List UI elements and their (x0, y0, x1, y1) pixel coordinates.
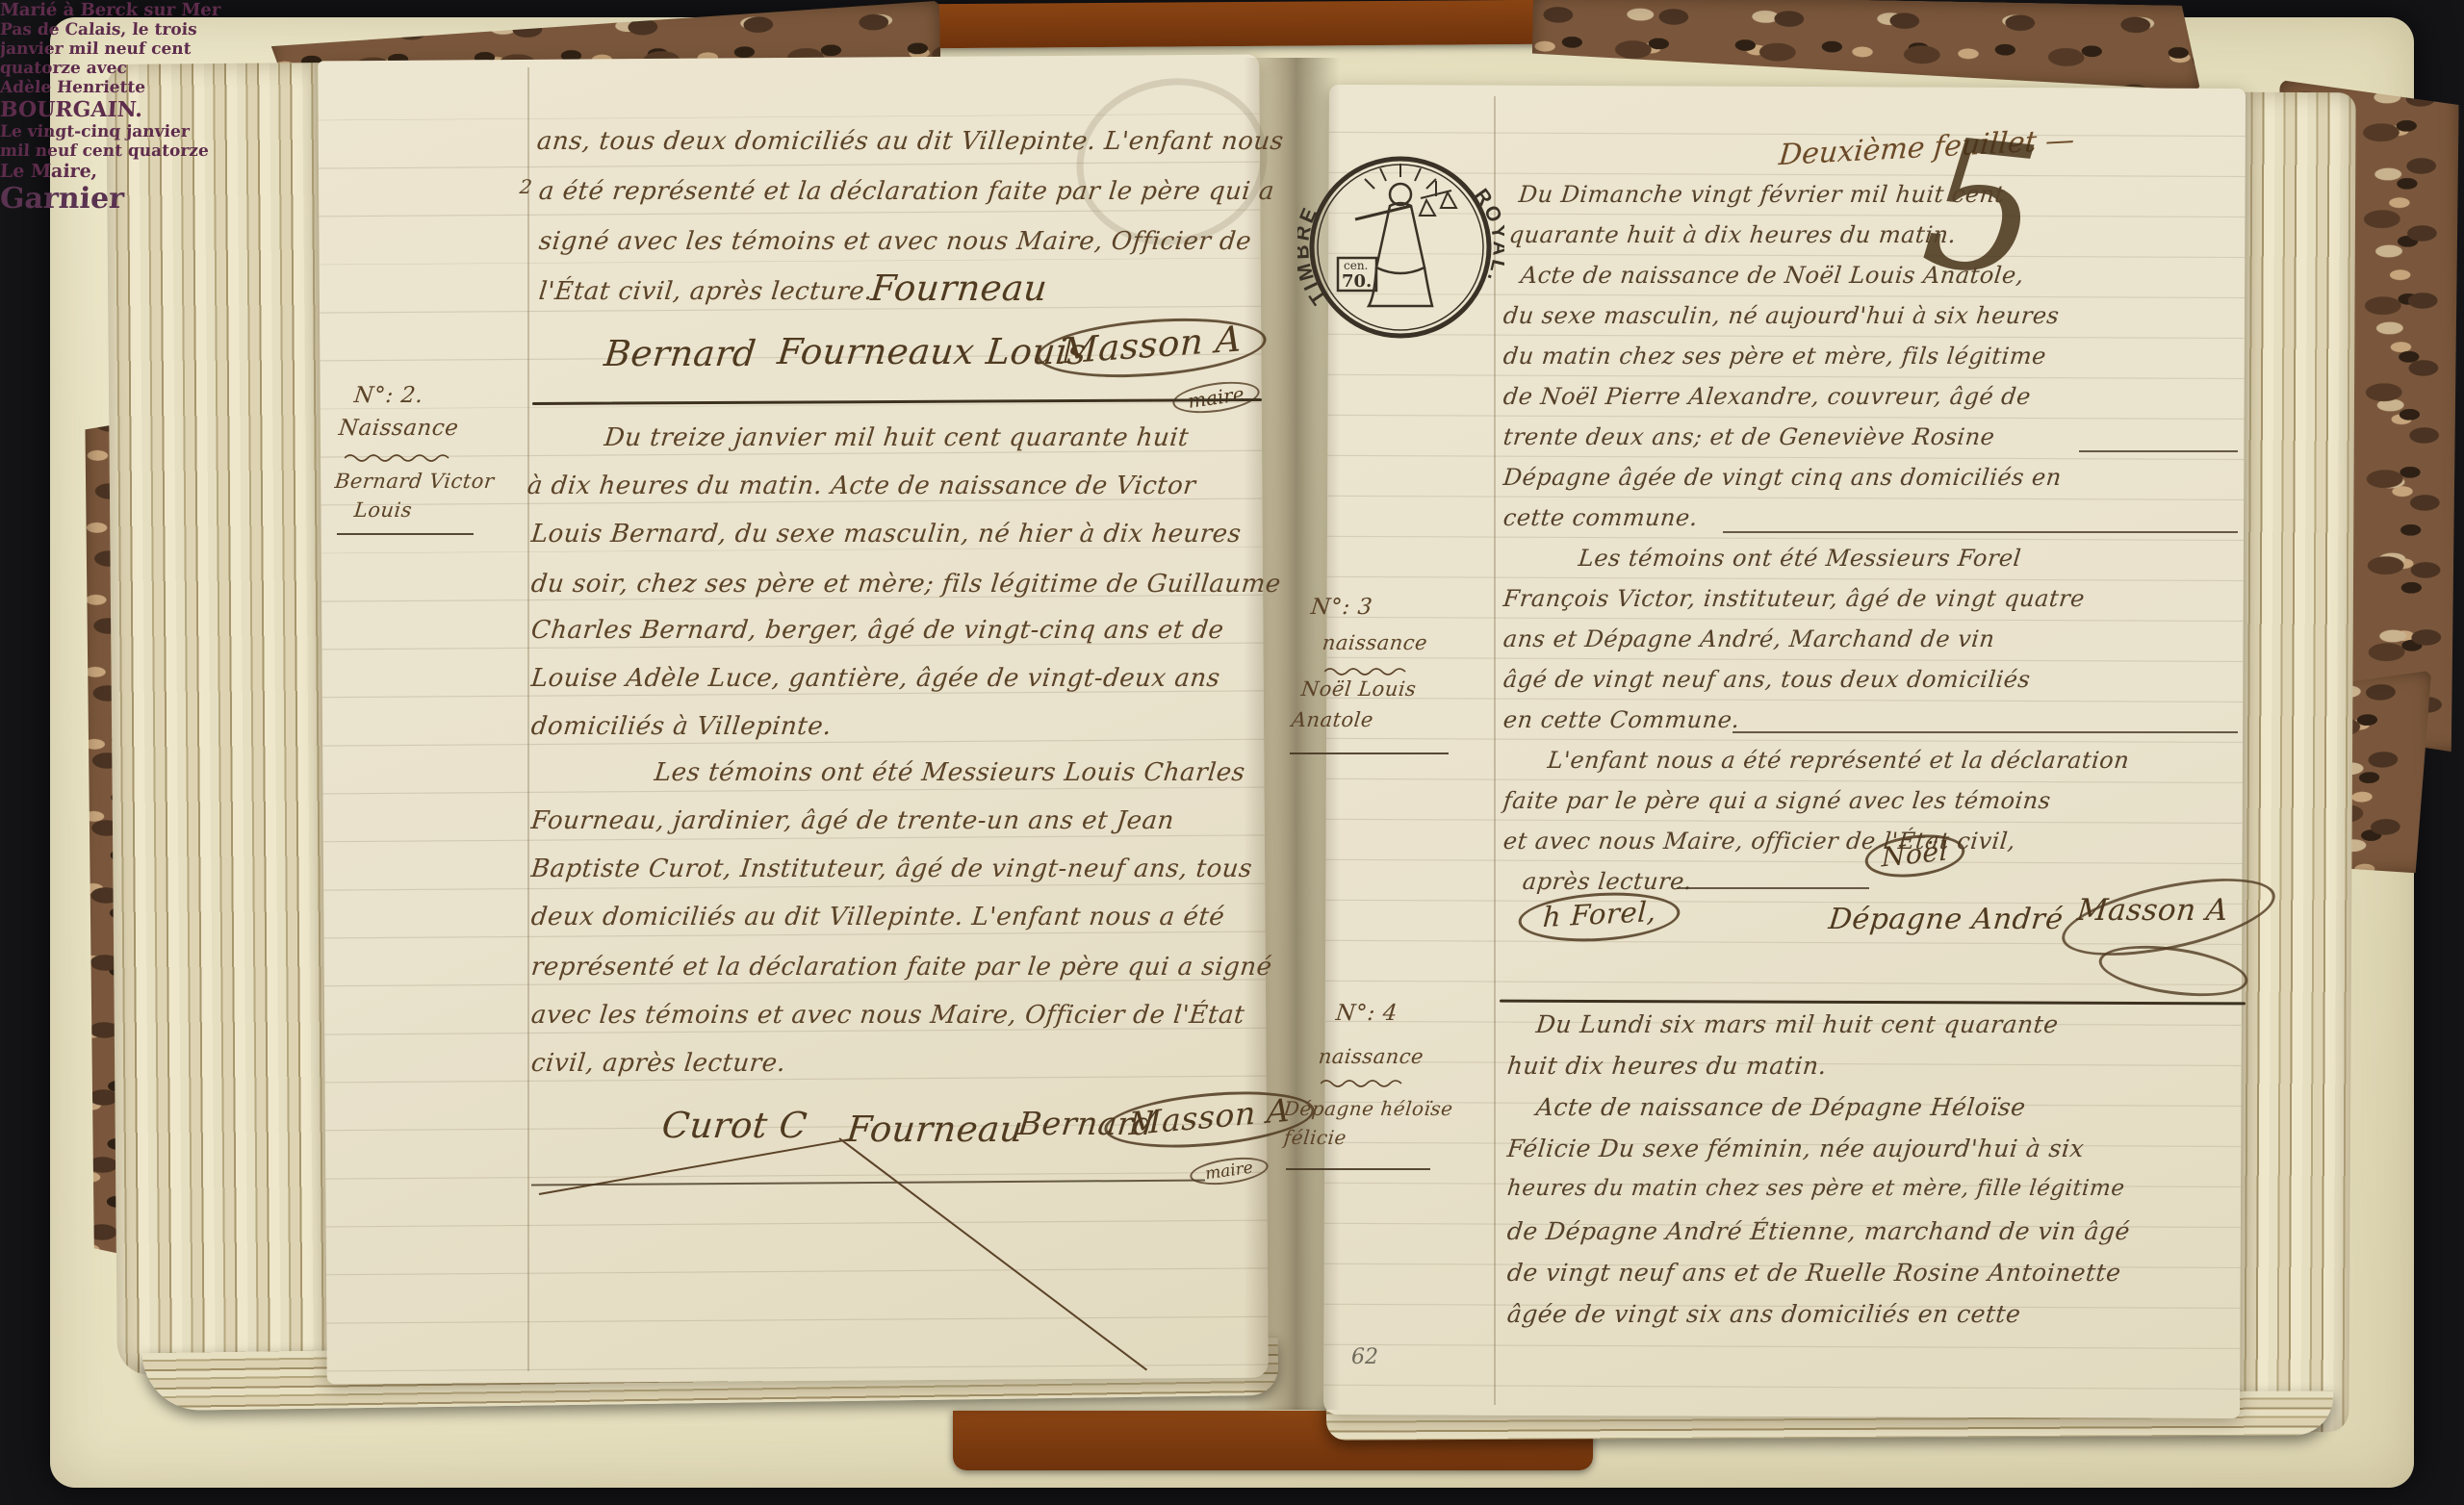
marginal-mention-line: Adèle Henriette (0, 78, 2464, 97)
manuscript-line: L'enfant nous a été représenté et la déc… (1547, 747, 2131, 774)
manuscript-line: Du treize janvier mil huit cent quarante… (603, 423, 1190, 452)
manuscript-line: l'État civil, après lecture. (537, 277, 874, 306)
stamp-denomination-unit: cen. (1344, 259, 1368, 272)
mention-signature-garnier: Garnier (0, 182, 2464, 216)
record-child-name: Noël Louis (1300, 677, 1418, 701)
manuscript-line: avec les témoins et avec nous Maire, Off… (529, 1001, 1245, 1030)
manuscript-line: de vingt neuf ans et de Ruelle Rosine An… (1505, 1259, 2122, 1287)
manuscript-line: Charles Bernard, berger, âgé de vingt-ci… (529, 616, 1225, 645)
marginal-mention-line: mil neuf cent quatorze (0, 141, 2464, 161)
manuscript-line: faite par le père qui a signé avec les t… (1502, 787, 2053, 814)
manuscript-line: âgé de vingt neuf ans, tous deux domicil… (1502, 666, 2032, 693)
signature-fourneau: Fourneau (845, 1109, 1026, 1150)
record-act-type: naissance (1318, 1045, 1425, 1068)
marginal-mention-line: BOURGAIN. (0, 97, 2464, 122)
manuscript-line: huit dix heures du matin. (1505, 1052, 1828, 1080)
manuscript-line: heures du matin chez ses père et mère, f… (1506, 1176, 2126, 1201)
manuscript-line: Acte de naissance de Noël Louis Anatole, (1520, 262, 2026, 289)
fill-rule (2079, 450, 2238, 452)
manuscript-line: signé avec les témoins et avec nous Mair… (537, 227, 1252, 256)
manuscript-line: de Noël Pierre Alexandre, couvreur, âgé … (1502, 383, 2033, 410)
manuscript-line: après lecture. (1522, 868, 1694, 895)
record-act-type: Naissance (338, 416, 460, 441)
manuscript-line: Louis Bernard, du sexe masculin, né hier… (529, 520, 1243, 548)
manuscript-line: domiciliés à Villepinte. (529, 712, 833, 741)
signature-fourneau-inline: Fourneau (869, 268, 1050, 309)
marginal-mention-line: Le Maire, (0, 161, 2464, 182)
record-child-name: Louis (353, 498, 414, 522)
signature-depagne-andre: Dépagne André (1827, 903, 2065, 936)
manuscript-line: Les témoins ont été Messieurs Forel (1578, 545, 2023, 572)
manuscript-line: Les témoins ont été Messieurs Louis Char… (653, 758, 1246, 787)
record-child-name: Anatole (1291, 708, 1374, 731)
manuscript-line: trente deux ans; et de Geneviève Rosine (1502, 423, 1996, 450)
fill-rule (1732, 731, 2238, 733)
marginal-mention-line: janvier mil neuf cent (0, 39, 2464, 59)
marginal-mention-line: Marié à Berck sur Mer (0, 0, 2464, 20)
manuscript-line: quarante huit à dix heures du matin. (1508, 221, 1958, 248)
manuscript-line: deux domiciliés au dit Villepinte. L'enf… (529, 903, 1225, 931)
stamp-denomination-value: 70. (1342, 271, 1372, 292)
manuscript-line: Louise Adèle Luce, gantière, âgée de vin… (529, 664, 1221, 693)
record-child-name: Dépagne héloïse (1283, 1097, 1454, 1120)
marginal-mention-line: Le vingt-cinq janvier (0, 122, 2464, 141)
margin-name-underline (1290, 752, 1449, 754)
manuscript-line: cette commune. (1502, 504, 1700, 531)
manuscript-line: civil, après lecture. (529, 1049, 786, 1078)
squiggle-underline (1324, 666, 1411, 676)
manuscript-line: à dix heures du matin. Acte de naissance… (526, 472, 1196, 500)
margin-name-underline (1286, 1168, 1430, 1170)
squiggle-underline (1321, 1078, 1407, 1087)
manuscript-line: du matin chez ses père et mère, fils lég… (1502, 343, 2048, 370)
sheet-number-pencil: 62 (1351, 1345, 1378, 1369)
record-number: N°: 3 (1310, 595, 1374, 620)
manuscript-line: âgée de vingt six ans domiciliés en cett… (1505, 1300, 2021, 1328)
marginal-mention-line: Pas de Calais, le trois (0, 20, 2464, 39)
manuscript-line: de Dépagne André Étienne, marchand de vi… (1505, 1217, 2131, 1245)
manuscript-line: Félicie Du sexe féminin, née aujourd'hui… (1505, 1135, 2085, 1162)
manuscript-line: Du Lundi six mars mil huit cent quarante (1534, 1010, 2060, 1038)
page-stack-right (2235, 92, 2355, 1433)
manuscript-line: Acte de naissance de Dépagne Héloïse (1534, 1093, 2027, 1121)
marginal-mention-line: quatorze avec (0, 59, 2464, 78)
manuscript-line: Dépagne âgée de vingt cinq ans domicilié… (1502, 464, 2064, 491)
manuscript-line: du sexe masculin, né aujourd'hui à six h… (1502, 302, 2061, 329)
squiggle-underline (345, 452, 450, 462)
manuscript-line: Baptiste Curot, Instituteur, âgé de ving… (529, 855, 1253, 883)
record-number: N°: 4 (1335, 1001, 1399, 1026)
margin-name-underline (337, 533, 474, 535)
record-act-type: naissance (1322, 631, 1429, 654)
manuscript-line: en cette Commune. (1502, 706, 1742, 733)
manuscript-line: représenté et la déclaration faite par l… (529, 953, 1273, 982)
manuscript-line: Fourneau, jardinier, âgé de trente-un an… (529, 806, 1175, 835)
signature-curot: Curot C (660, 1105, 809, 1146)
page-stack-left (106, 63, 341, 1375)
record-child-name: Bernard Victor (334, 470, 496, 493)
record-number: N°: 2. (353, 383, 424, 408)
manuscript-line: François Victor, instituteur, âgé de vin… (1502, 585, 2087, 612)
fill-rule (1677, 887, 1869, 889)
manuscript-line: du soir, chez ses père et mère; fils lég… (529, 570, 1282, 599)
record-child-name: félicie (1283, 1126, 1347, 1149)
signature-bernard: Bernard (603, 333, 758, 374)
manuscript-line: ans et Dépagne André, Marchand de vin (1502, 625, 1996, 652)
fill-rule (1723, 531, 2238, 533)
left-margin-crease (527, 67, 529, 1371)
registry-book-photo: 2 ans, tous deux domiciliés au dit Ville… (0, 0, 2464, 1505)
